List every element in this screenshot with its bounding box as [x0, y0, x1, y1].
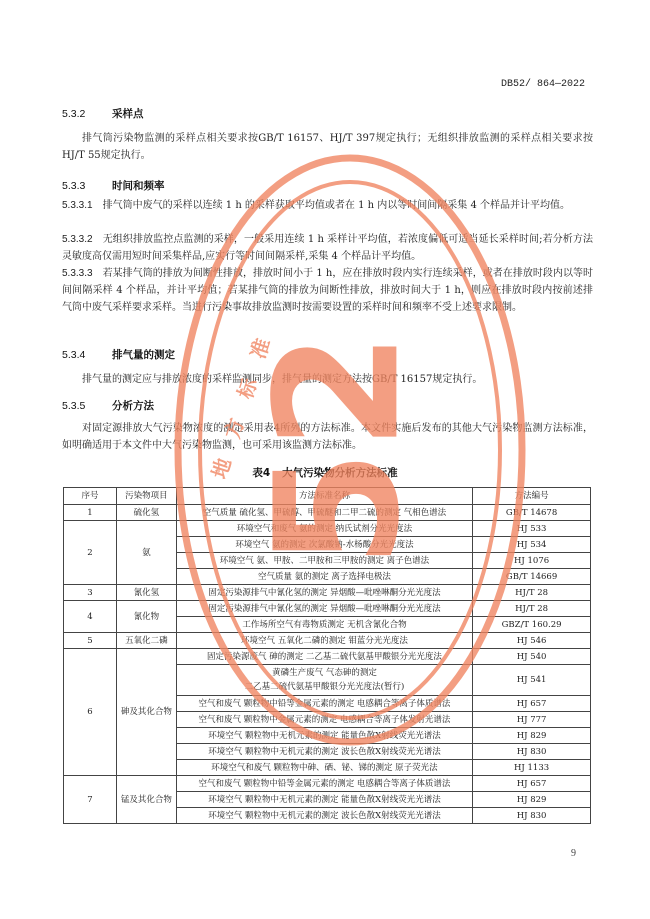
- clause-number: 5.3.3.3: [62, 268, 93, 279]
- cell-pollutant: 锰及其化合物: [116, 776, 176, 824]
- cell-method-name: 环境空气 颗粒物中无机元素的测定 能量色散X射线荧光光谱法: [176, 792, 472, 808]
- table-row: 5五氧化二磷环境空气 五氧化二磷的测定 钼蓝分光光度法HJ 546: [64, 633, 591, 649]
- paragraph-5-3-3-1: 5.3.3.1排气筒中废气的采样以连续 1 h 的采样获取平均值或者在 1 h …: [62, 197, 593, 214]
- table-row: 2氨环境空气和废气 氨的测定 纳氏试剂分光光度法HJ 533: [64, 521, 591, 537]
- header-method-name: 方法标准名称: [176, 488, 472, 505]
- cell-method-code: HJ/T 28: [473, 601, 591, 617]
- cell-method-name: 环境空气 颗粒物中无机元素的测定 能量色散X射线荧光光谱法: [176, 728, 472, 744]
- clause-number: 5.3.3.1: [62, 200, 93, 211]
- cell-method-code: HJ 830: [473, 744, 591, 760]
- table-row: 6砷及其化合物固定污染源废气 砷的测定 二乙基二硫代氨基甲酸银分光光度法HJ 5…: [64, 649, 591, 665]
- cell-method-code: HJ 830: [473, 808, 591, 824]
- cell-serial-number: 6: [64, 649, 117, 776]
- table-caption: 表4大气污染物分析方法标准: [0, 465, 650, 480]
- cell-serial-number: 3: [64, 585, 117, 601]
- cell-serial-number: 4: [64, 601, 117, 633]
- table-body: 1硫化氢空气质量 硫化氢、甲硫醇、甲硫醚和二甲二硫的测定 气相色谱法GB/T 1…: [64, 505, 591, 824]
- cell-method-name: 环境空气 氨的测定 次氯酸钠-水杨酸分光光度法: [176, 537, 472, 553]
- cell-method-code: HJ 546: [473, 633, 591, 649]
- table-title: 大气污染物分析方法标准: [282, 467, 398, 479]
- cell-method-code: HJ 777: [473, 712, 591, 728]
- cell-method-name: 环境空气 五氧化二磷的测定 钼蓝分光光度法: [176, 633, 472, 649]
- section-heading-5-3-3: 5.3.3时间和频率: [62, 178, 165, 193]
- cell-method-code: HJ 657: [473, 776, 591, 792]
- cell-method-code: HJ 1076: [473, 553, 591, 569]
- paragraph-sampling-points: 排气筒污染物监测的采样点相关要求按GB/T 16157、HJ/T 397规定执行…: [62, 130, 593, 164]
- header-method-code: 方法编号: [473, 488, 591, 505]
- clause-text: 若某排气筒的排放为间断性排放，排放时间小于 1 h，应在排放时段内实行连续采样，…: [62, 268, 593, 313]
- cell-method-code: HJ 829: [473, 792, 591, 808]
- cell-pollutant: 砷及其化合物: [116, 649, 176, 776]
- cell-serial-number: 2: [64, 521, 117, 585]
- section-number: 5.3.4: [62, 349, 112, 361]
- cell-method-code: HJ/T 28: [473, 585, 591, 601]
- cell-method-name: 黄磷生产废气 气态砷的测定 二乙基二硫代氨基甲酸银分光光度法(暂行): [176, 665, 472, 696]
- section-title: 时间和频率: [112, 180, 165, 192]
- clause-number: 5.3.3.2: [62, 234, 93, 245]
- cell-method-code: HJ 541: [473, 665, 591, 696]
- document-id: DB52/ 864—2022: [501, 79, 585, 90]
- paragraph-analysis-methods: 对固定源排放大气污染物浓度的测定采用表4所列的方法标准。本文件实施后发布的其他大…: [62, 420, 593, 454]
- cell-method-code: GB/T 14678: [473, 505, 591, 521]
- cell-serial-number: 5: [64, 633, 117, 649]
- cell-method-name: 环境空气 颗粒物中无机元素的测定 波长色散X射线荧光光谱法: [176, 744, 472, 760]
- cell-method-name: 环境空气和废气 氨的测定 纳氏试剂分光光度法: [176, 521, 472, 537]
- cell-method-name: 空气质量 氨的测定 离子选择电极法: [176, 569, 472, 585]
- section-title: 分析方法: [112, 400, 154, 412]
- section-title: 采样点: [112, 108, 144, 120]
- section-heading-5-3-4: 5.3.4排气量的测定: [62, 347, 175, 362]
- cell-pollutant: 五氧化二磷: [116, 633, 176, 649]
- paragraph-5-3-3-2: 5.3.3.2无组织排放监控点监测的采样，一般采用连续 1 h 采样计平均值，若…: [62, 231, 593, 265]
- table-header-row: 序号 污染物项目 方法标准名称 方法编号: [64, 488, 591, 505]
- cell-pollutant: 氨: [116, 521, 176, 585]
- cell-method-name: 环境空气 颗粒物中无机元素的测定 波长色散X射线荧光光谱法: [176, 808, 472, 824]
- cell-method-code: GBZ/T 160.29: [473, 617, 591, 633]
- section-title: 排气量的测定: [112, 349, 175, 361]
- paragraph-5-3-3-3: 5.3.3.3若某排气筒的排放为间断性排放，排放时间小于 1 h，应在排放时段内…: [62, 265, 593, 316]
- table-row: 7锰及其化合物空气和废气 颗粒物中铅等金属元素的测定 电感耦合等离子体质谱法HJ…: [64, 776, 591, 792]
- cell-method-name: 工作场所空气有毒物质测定 无机含氰化合物: [176, 617, 472, 633]
- header-pollutant: 污染物项目: [116, 488, 176, 505]
- cell-method-code: GB/T 14669: [473, 569, 591, 585]
- table-row: 3氰化氢固定污染源排气中氰化氢的测定 异烟酸—吡唑啉酮分光光度法HJ/T 28: [64, 585, 591, 601]
- cell-method-name: 固定污染源排气中氰化氢的测定 异烟酸—吡唑啉酮分光光度法: [176, 585, 472, 601]
- paragraph-exhaust-volume: 排气量的测定应与排放浓度的采样监测同步，排气量的测定方法按GB/T 16157规…: [62, 371, 593, 388]
- cell-method-name: 固定污染源废气 砷的测定 二乙基二硫代氨基甲酸银分光光度法: [176, 649, 472, 665]
- cell-method-name: 空气和废气 颗粒物中金属元素的测定 电感耦合等离子体发射光谱法: [176, 712, 472, 728]
- page-number: 9: [571, 848, 576, 859]
- cell-method-code: HJ 829: [473, 728, 591, 744]
- cell-serial-number: 7: [64, 776, 117, 824]
- cell-pollutant: 硫化氢: [116, 505, 176, 521]
- cell-method-name: 空气质量 硫化氢、甲硫醇、甲硫醚和二甲二硫的测定 气相色谱法: [176, 505, 472, 521]
- cell-method-name: 环境空气和废气 颗粒物中砷、硒、铋、锑的测定 原子荧光法: [176, 760, 472, 776]
- clause-text: 无组织排放监控点监测的采样，一般采用连续 1 h 采样计平均值，若浓度偏低可适当…: [62, 234, 593, 262]
- section-number: 5.3.3: [62, 180, 112, 192]
- cell-serial-number: 1: [64, 505, 117, 521]
- table-row: 1硫化氢空气质量 硫化氢、甲硫醇、甲硫醚和二甲二硫的测定 气相色谱法GB/T 1…: [64, 505, 591, 521]
- cell-method-name: 空气和废气 颗粒物中铅等金属元素的测定 电感耦合等离子体质谱法: [176, 696, 472, 712]
- table-number: 表4: [252, 467, 270, 479]
- cell-method-code: HJ 657: [473, 696, 591, 712]
- cell-method-name: 环境空气 氨、甲胺、二甲胺和三甲胺的测定 离子色谱法: [176, 553, 472, 569]
- section-heading-5-3-5: 5.3.5分析方法: [62, 398, 154, 413]
- header-serial-number: 序号: [64, 488, 117, 505]
- analysis-methods-table: 序号 污染物项目 方法标准名称 方法编号 1硫化氢空气质量 硫化氢、甲硫醇、甲硫…: [63, 487, 591, 824]
- cell-pollutant: 氰化物: [116, 601, 176, 633]
- table-row: 4氰化物固定污染源排气中氰化氢的测定 异烟酸—吡唑啉酮分光光度法HJ/T 28: [64, 601, 591, 617]
- clause-text: 排气筒中废气的采样以连续 1 h 的采样获取平均值或者在 1 h 内以等时间间隔…: [103, 200, 570, 211]
- cell-method-name: 空气和废气 颗粒物中铅等金属元素的测定 电感耦合等离子体质谱法: [176, 776, 472, 792]
- cell-method-code: HJ 533: [473, 521, 591, 537]
- seal-ring-text: 地方标准: [207, 314, 282, 481]
- section-number: 5.3.5: [62, 400, 112, 412]
- cell-pollutant: 氰化氢: [116, 585, 176, 601]
- cell-method-code: HJ 540: [473, 649, 591, 665]
- cell-method-code: HJ 534: [473, 537, 591, 553]
- section-heading-5-3-2: 5.3.2采样点: [62, 106, 144, 121]
- cell-method-code: HJ 1133: [473, 760, 591, 776]
- cell-method-name: 固定污染源排气中氰化氢的测定 异烟酸—吡唑啉酮分光光度法: [176, 601, 472, 617]
- section-number: 5.3.2: [62, 108, 112, 120]
